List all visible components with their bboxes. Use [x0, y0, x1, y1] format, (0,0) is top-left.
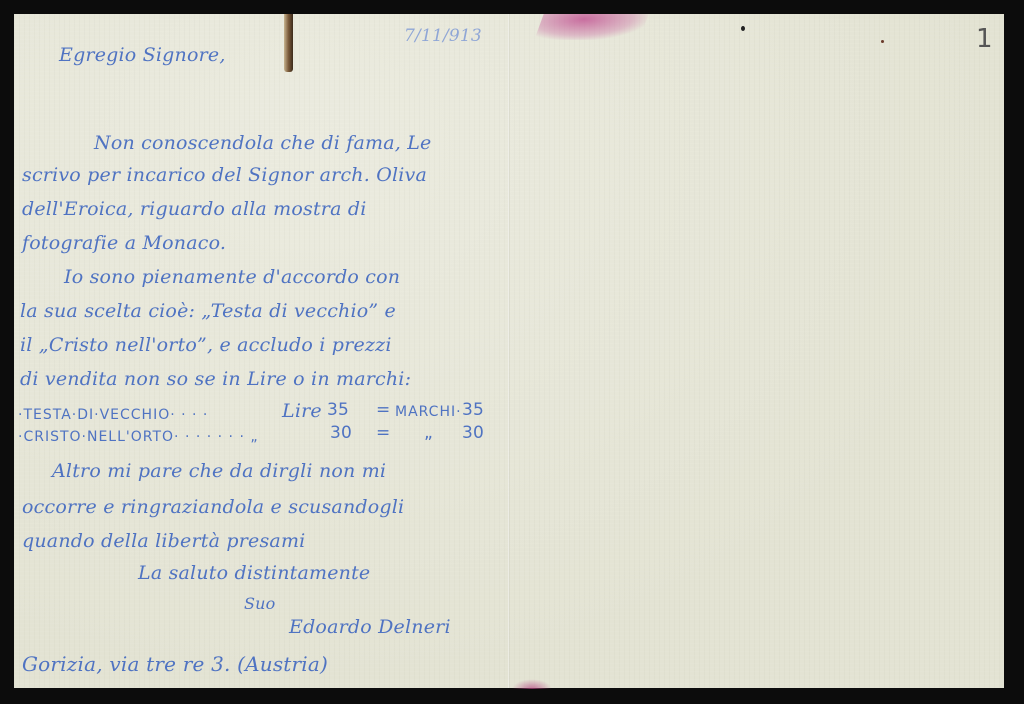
paragraph-line: dell'Eroica, riguardo alla mostra di	[22, 198, 367, 220]
ink-stain-bottom	[512, 679, 552, 689]
paragraph-line: scrivo per incarico del Signor arch. Oli…	[22, 164, 427, 186]
signature: Edoardo Delneri	[289, 616, 451, 638]
equals-sign: =	[376, 400, 390, 420]
pin-hole	[741, 26, 745, 31]
valediction: La saluto distintamente	[138, 562, 370, 584]
paragraph-line: fotografie a Monaco.	[22, 232, 226, 254]
date: 7/11/913	[404, 26, 482, 46]
price-item: ·CRISTO·NELL'ORTO· · · · · · · „	[18, 429, 259, 445]
ink-stain-top	[534, 14, 648, 40]
paragraph-line: la sua scelta cioè: „Testa di vecchio” e	[20, 300, 396, 322]
letter-page: 7/11/913 1 Egregio Signore, Non conoscen…	[14, 14, 1004, 688]
paragraph-line: di vendita non so se in Lire o in marchi…	[20, 368, 411, 390]
marchi-ditto: „	[424, 423, 433, 443]
lire-value: 35	[327, 400, 349, 420]
tape-mark	[284, 14, 293, 72]
lire-value: 30	[330, 423, 352, 443]
marchi-value: 30	[462, 423, 484, 443]
closing-line: Altro mi pare che da dirgli non mi	[52, 460, 386, 482]
lire-label: Lire	[282, 400, 322, 422]
salutation: Egregio Signore,	[59, 44, 226, 66]
paragraph-line: il „Cristo nell'orto”, e accludo i prezz…	[20, 334, 392, 356]
closing-line: quando della libertà presami	[22, 530, 305, 552]
closing-line: occorre e ringraziandola e scusandogli	[22, 496, 404, 518]
price-item: ·TESTA·DI·VECCHIO· · · ·	[18, 407, 208, 423]
page-number: 1	[976, 24, 993, 54]
address: Gorizia, via tre re 3. (Austria)	[22, 652, 328, 676]
marchi-label: MARCHI·	[395, 404, 462, 420]
marchi-value: 35	[462, 400, 484, 420]
paragraph-line: Io sono pienamente d'accordo con	[64, 266, 400, 288]
equals-sign: =	[376, 423, 390, 443]
paragraph-line: Non conoscendola che di fama, Le	[94, 132, 432, 154]
pin-hole	[881, 40, 884, 43]
signature-prefix: Suo	[244, 594, 276, 613]
fold-line	[508, 14, 510, 688]
